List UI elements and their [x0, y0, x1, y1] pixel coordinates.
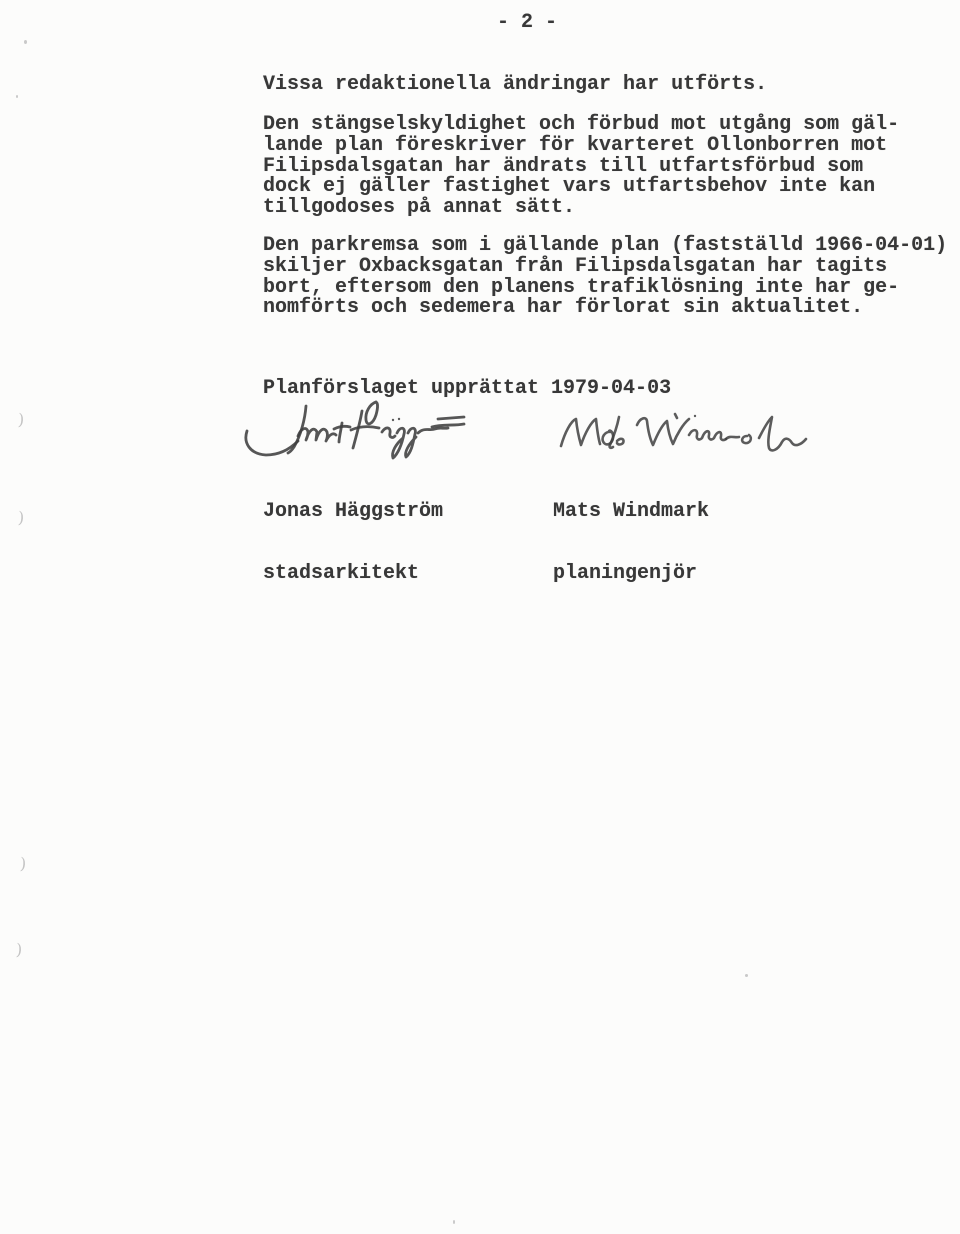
- signatory-name: Mats Windmark: [553, 502, 709, 523]
- page-number: - 2 -: [497, 13, 557, 34]
- scan-speck: [16, 95, 18, 98]
- paragraph-stangselskyldighet: Den stängselskyldighet och förbud mot ut…: [263, 115, 899, 219]
- plan-statement: Planförslaget upprättat 1979-04-03: [263, 379, 671, 400]
- signatory-name: Jonas Häggström: [263, 502, 443, 523]
- scan-margin-mark: ): [17, 410, 25, 429]
- intro-paragraph: Vissa redaktionella ändringar har utfört…: [263, 75, 767, 96]
- signatory-title: planingenjör: [553, 564, 709, 585]
- scan-speck: [745, 974, 748, 977]
- paragraph-parkremsa: Den parkremsa som i gällande plan (fasts…: [263, 236, 947, 319]
- jonas-haggstrom-signature-icon: [242, 399, 467, 461]
- signatory-title: stadsarkitekt: [263, 564, 443, 585]
- scan-speck: [453, 1220, 455, 1224]
- scan-margin-mark: ): [19, 854, 27, 873]
- signatory-mats-windmark: Mats Windmark planingenjör: [553, 460, 709, 626]
- signatory-jonas-haggstrom: Jonas Häggström stadsarkitekt: [263, 460, 443, 626]
- mats-windmark-signature-icon: [555, 411, 811, 457]
- scan-speck: [24, 40, 27, 44]
- scan-margin-mark: ): [15, 940, 23, 959]
- document-page: - 2 - Vissa redaktionella ändringar har …: [0, 0, 960, 1234]
- scan-margin-mark: ): [17, 508, 25, 527]
